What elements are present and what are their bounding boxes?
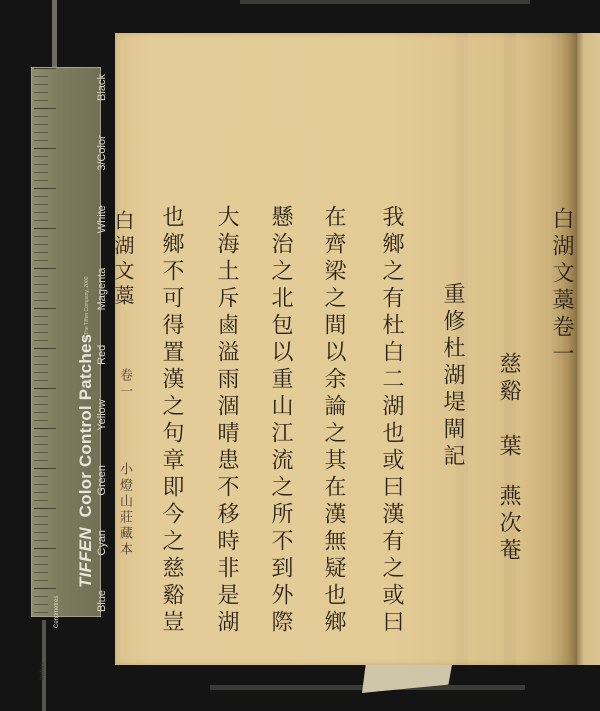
ruler-cm-label: Centimetres <box>54 596 60 628</box>
author-surname: 葉 <box>497 434 519 461</box>
ruler-brand-title: TIFFEN Color Control Patches <box>76 334 96 588</box>
edition-label: 小燈山莊藏本 <box>118 462 131 558</box>
spine-title: 白湖文藁 <box>113 210 133 310</box>
patch-label: Yellow <box>96 399 108 430</box>
patch-label: Cyan <box>96 530 108 556</box>
tiffen-logo: TIFFEN <box>76 527 95 588</box>
patch-label: Magenta <box>96 268 108 311</box>
ruler-patch-labels: Blue Cyan Green Yellow Red Magenta White… <box>96 70 108 616</box>
patch-label: Red <box>96 345 108 365</box>
body-column-1: 我鄉之有杜白二湖也或曰漢有之或曰 <box>380 205 402 637</box>
patch-label: Blue <box>96 590 108 612</box>
ruler-units-label: Inches <box>40 662 46 680</box>
scan-scene: Inches Centimetres © The Tiffen Company,… <box>0 0 600 711</box>
backdrop-bar-top <box>240 0 530 4</box>
ruler-title: Color Control Patches <box>76 334 95 518</box>
volume-label: 卷一 <box>118 368 131 400</box>
body-column-5: 也鄉不可得置漢之句章即今之慈谿豈 <box>160 205 182 637</box>
body-column-2: 在齊梁之間以余論之其在漢無疑也鄉 <box>322 205 344 637</box>
color-control-ruler: Inches Centimetres © The Tiffen Company,… <box>31 67 101 617</box>
ruler-copyright: © The Tiffen Company, 2000 <box>84 277 90 340</box>
essay-title: 重修杜湖堤閘記 <box>441 282 463 471</box>
next-page-edge <box>577 33 600 665</box>
patch-label: White <box>96 205 108 233</box>
patch-label: 3/Color <box>96 135 108 170</box>
book-title: 白湖文藁卷一 <box>550 207 572 369</box>
body-column-4: 大海土斥鹵溢雨涸晴患不移時非是湖 <box>215 205 237 637</box>
body-column-3: 懸治之北包以重山江流之所不到外際 <box>269 205 291 637</box>
ruler-major-ticks <box>34 68 56 616</box>
author-place: 慈谿 <box>497 352 519 406</box>
patch-label: Green <box>96 465 108 496</box>
patch-label: Black <box>96 74 108 101</box>
author-given-name: 燕次菴 <box>497 484 519 565</box>
backdrop-rod <box>52 0 57 70</box>
